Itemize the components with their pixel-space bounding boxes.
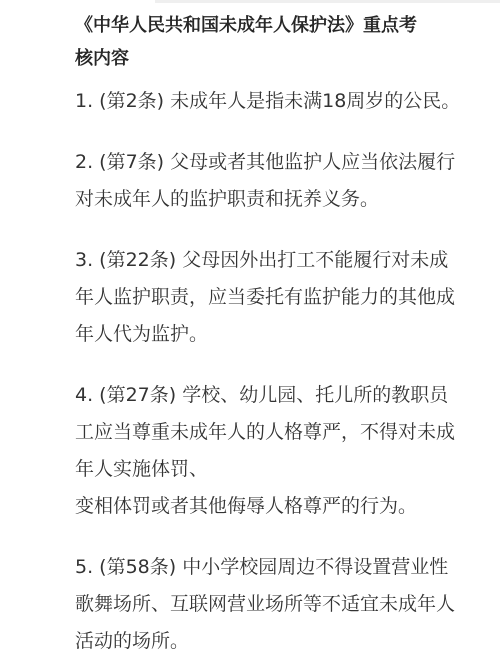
document-page: 《中华人民共和国未成年人保护法》重点考 核内容 1. (第2条) 未成年人是指未… bbox=[0, 0, 500, 667]
list-item-1: 1. (第2条) 未成年人是指未满18周岁的公民。 bbox=[75, 83, 436, 120]
text-line: 对未成年人的监护职责和抚养义务。 bbox=[75, 181, 436, 218]
text-line: 1. (第2条) 未成年人是指未满18周岁的公民。 bbox=[75, 83, 436, 120]
text-line: 年人代为监护。 bbox=[75, 316, 436, 353]
text-line: 歌舞场所、互联网营业场所等不适宜未成年人 bbox=[75, 586, 436, 623]
list-item-3: 3. (第22条) 父母因外出打工不能履行对未成 年人监护职责，应当委托有监护能… bbox=[75, 242, 436, 353]
text-line: 5. (第58条) 中小学校园周边不得设置营业性 bbox=[75, 549, 436, 586]
text-line: 工应当尊重未成年人的人格尊严，不得对未成 bbox=[75, 414, 436, 451]
title-line-2: 核内容 bbox=[75, 42, 436, 75]
text-line: 年人监护职责，应当委托有监护能力的其他成 bbox=[75, 279, 436, 316]
text-line: 变相体罚或者其他侮辱人格尊严的行为。 bbox=[75, 488, 436, 525]
list-item-5: 5. (第58条) 中小学校园周边不得设置营业性 歌舞场所、互联网营业场所等不适… bbox=[75, 549, 436, 660]
text-line: 活动的场所。 bbox=[75, 623, 436, 660]
list-item-4: 4. (第27条) 学校、幼儿园、托儿所的教职员 工应当尊重未成年人的人格尊严，… bbox=[75, 377, 436, 525]
title-line-1: 《中华人民共和国未成年人保护法》重点考 bbox=[75, 9, 436, 42]
text-line: 4. (第27条) 学校、幼儿园、托儿所的教职员 bbox=[75, 377, 436, 414]
text-line: 年人实施体罚、 bbox=[75, 451, 436, 488]
list-item-2: 2. (第7条) 父母或者其他监护人应当依法履行 对未成年人的监护职责和抚养义务… bbox=[75, 144, 436, 218]
top-edge-divider bbox=[155, 0, 500, 3]
text-line: 2. (第7条) 父母或者其他监护人应当依法履行 bbox=[75, 144, 436, 181]
text-line: 3. (第22条) 父母因外出打工不能履行对未成 bbox=[75, 242, 436, 279]
document-title: 《中华人民共和国未成年人保护法》重点考 核内容 bbox=[75, 9, 436, 75]
